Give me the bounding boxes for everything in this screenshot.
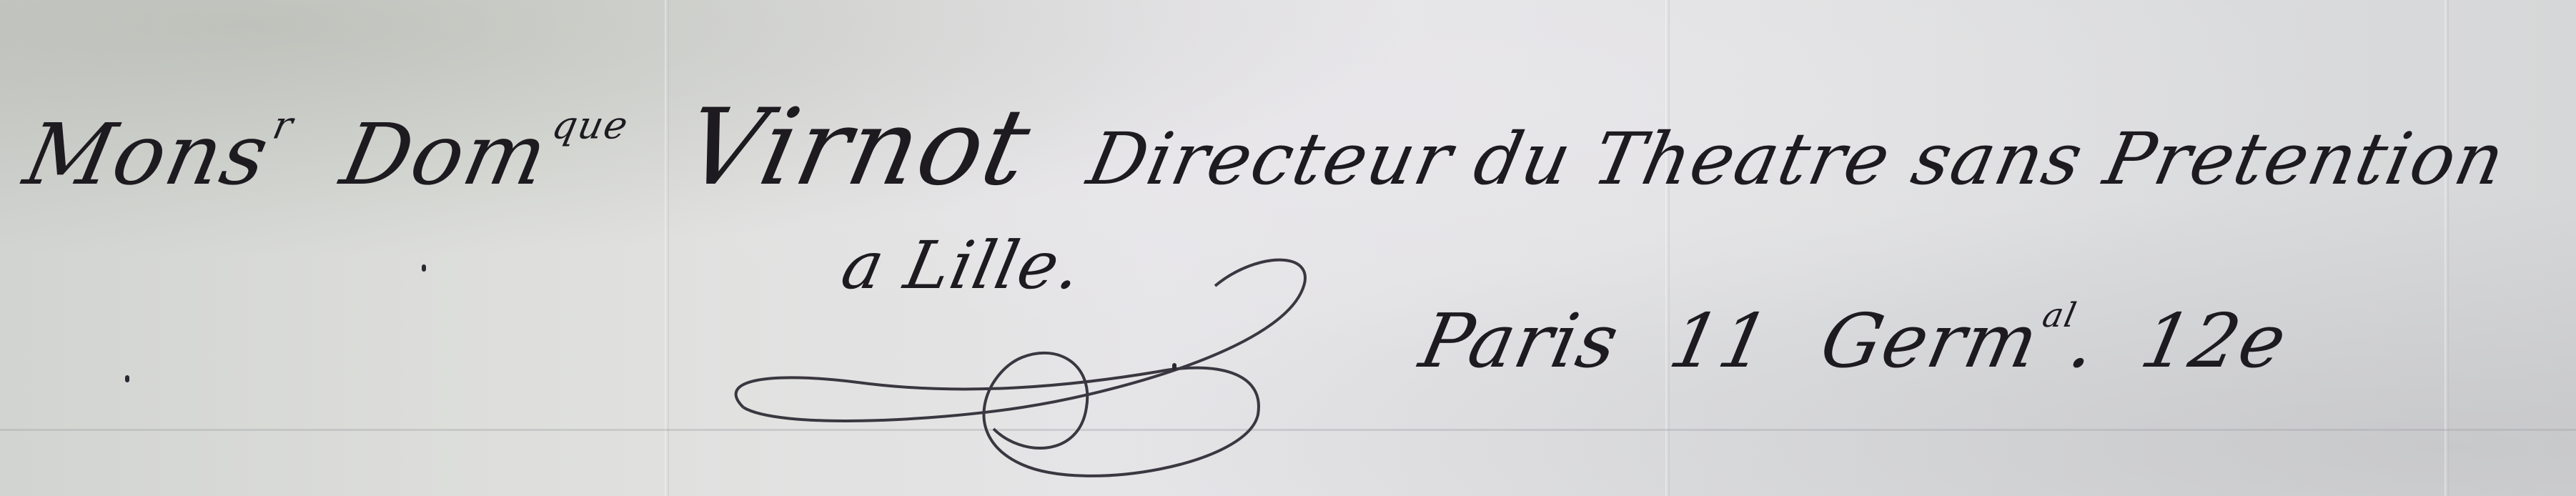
date-month: Germal. <box>1813 297 2106 385</box>
salutation: Monsr <box>16 105 297 204</box>
paraph-flourish-icon <box>715 250 1358 486</box>
surname: Virnot <box>675 86 1041 209</box>
ink-dot <box>1172 363 1176 370</box>
paper-fold <box>2444 0 2449 496</box>
first-name: Domque <box>334 105 633 204</box>
date-year: 12e <box>2134 297 2295 385</box>
date-place: Paris <box>1413 297 1628 385</box>
dateline: Paris 11 Germal. 12e <box>1413 297 2295 385</box>
address-line-1: Monsr Domque Virnot Directeur du Theatre… <box>16 86 2520 209</box>
date-day: 11 <box>1663 297 1778 385</box>
recipient-title: Directeur du Theatre sans Pretention <box>1081 117 2512 201</box>
ink-dot <box>125 375 129 382</box>
paper-fold <box>665 0 669 496</box>
ink-dot <box>422 264 426 272</box>
paper-fold <box>1665 0 1670 496</box>
letter-paper: Monsr Domque Virnot Directeur du Theatre… <box>0 0 2576 496</box>
